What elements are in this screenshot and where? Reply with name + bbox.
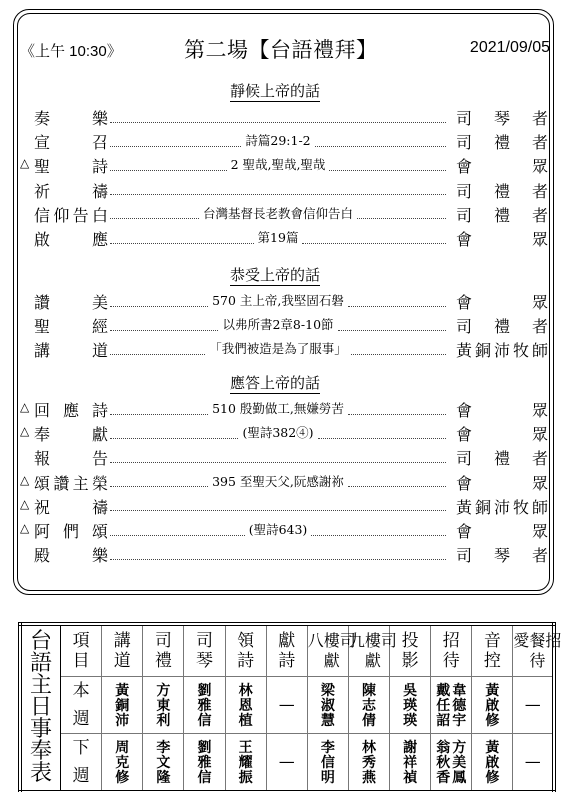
liturgy-item-label: 講道 <box>34 338 108 361</box>
roster-row-label: 下週 <box>61 734 102 792</box>
congregation-stand-icon: △ <box>20 400 29 414</box>
liturgy-item-leader: 黃銅沛牧師 <box>456 338 548 361</box>
roster-cell-name: 林恩植 <box>225 677 266 734</box>
roster-cell-name: 李文隆 <box>143 734 184 792</box>
liturgy-item: 報告司禮者 <box>20 446 548 468</box>
roster-header-label: 項目 <box>61 624 102 677</box>
roster-column-header: 愛餐招待 <box>513 624 554 677</box>
roster-cell-name: 黃啟修 <box>472 677 513 734</box>
liturgy-item-content: (聖詩643) <box>245 520 312 538</box>
liturgy-item-content: 2 聖哉,聖哉,聖哉 <box>227 155 330 173</box>
liturgy-item: 奏樂司琴者 <box>20 106 548 128</box>
liturgy-item-label: 奉獻 <box>34 422 108 445</box>
roster-cell-empty: — <box>266 734 307 792</box>
roster-cell-name: 王耀振 <box>225 734 266 792</box>
roster-row-label: 本週 <box>61 677 102 734</box>
roster-column-header: 招待 <box>431 624 472 677</box>
leader-dots: (聖詩382④) <box>110 422 446 442</box>
roster-column-header: 講道 <box>102 624 143 677</box>
leader-dots: 台灣基督長老教會信仰告白 <box>110 203 446 223</box>
roster-header-row: 台語主日事奉表項目講道司禮司琴領詩獻詩八樓司獻九樓司獻投影招待音控愛餐招待 <box>20 624 554 677</box>
roster-row: 本週黃銅沛方東利劉雅信林恩植—梁淑慧陳志倩吳瑛瑛戴任詔韋德宇黃啟修— <box>20 677 554 734</box>
section-heading-text: 靜候上帝的話 <box>230 82 320 102</box>
roster-row: 下週周克修李文隆劉雅信王耀振—李信明林秀燕謝祥禎翁秋香方美鳳黃啟修— <box>20 734 554 792</box>
liturgy-item-content: 570 主上帝,我堅固石磐 <box>208 291 348 309</box>
liturgy-item-label: 殿樂 <box>34 543 108 566</box>
congregation-stand-icon: △ <box>20 521 29 535</box>
roster-column-header: 司琴 <box>184 624 225 677</box>
roster-side-title: 台語主日事奉表 <box>20 624 61 792</box>
roster-cell-name: 李信明 <box>307 734 348 792</box>
liturgy-item-content: 「我們被造是為了服事」 <box>205 339 351 357</box>
liturgy-item: △回應詩510 殷勤做工,無嫌勞苦會眾 <box>20 398 548 420</box>
liturgy-item-content: 510 殷勤做工,無嫌勞苦 <box>208 399 348 417</box>
congregation-stand-icon: △ <box>20 424 29 438</box>
liturgy-item-label: 阿們頌 <box>34 519 108 542</box>
liturgy-item-label: 信仰告白 <box>34 203 108 226</box>
liturgy-item: 聖經以弗所書2章8-10節司禮者 <box>20 314 548 336</box>
liturgy-item-leader: 會眾 <box>456 154 548 177</box>
roster-cell-name: 翁秋香方美鳳 <box>431 734 472 792</box>
liturgy-item: 讚美570 主上帝,我堅固石磐會眾 <box>20 290 548 312</box>
liturgy-item-leader: 司禮者 <box>456 179 548 202</box>
liturgy-item-leader: 司琴者 <box>456 543 548 566</box>
leader-dots: 詩篇29:1-2 <box>110 130 446 150</box>
roster-cell-name: 謝祥禎 <box>390 734 431 792</box>
liturgy-item-content: (聖詩382④) <box>238 423 317 441</box>
liturgy-item-label: 讚美 <box>34 290 108 313</box>
liturgy-item-content: 詩篇29:1-2 <box>241 131 314 149</box>
liturgy-item: 祈禱司禮者 <box>20 179 548 201</box>
leader-dots: 「我們被造是為了服事」 <box>110 338 446 358</box>
roster-cell-name: 周克修 <box>102 734 143 792</box>
liturgy-item-label: 報告 <box>34 446 108 469</box>
roster-cell-name: 劉雅信 <box>184 734 225 792</box>
leader-dots: 395 至聖天父,阮感謝祢 <box>110 471 446 491</box>
liturgy-item: 啟應第19篇會眾 <box>20 227 548 249</box>
liturgy-item-label: 聖經 <box>34 314 108 337</box>
roster-column-header: 司禮 <box>143 624 184 677</box>
roster-column-header: 領詩 <box>225 624 266 677</box>
liturgy-item: 講道「我們被造是為了服事」黃銅沛牧師 <box>20 338 548 360</box>
roster-cell-empty: — <box>266 677 307 734</box>
liturgy-item-leader: 司禮者 <box>456 446 548 469</box>
liturgy-item-leader: 司禮者 <box>456 314 548 337</box>
roster-cell-name: 吳瑛瑛 <box>390 677 431 734</box>
liturgy-item-content: 以弗所書2章8-10節 <box>218 315 337 333</box>
leader-dots: 2 聖哉,聖哉,聖哉 <box>110 154 446 174</box>
service-time: 《上午 10:30》 <box>20 40 122 61</box>
liturgy-item-leader: 會眾 <box>456 290 548 313</box>
section-heading-text: 恭受上帝的話 <box>230 266 320 286</box>
liturgy-item-label: 宣召 <box>34 130 108 153</box>
roster-column-header: 八樓司獻 <box>307 624 348 677</box>
roster-cell-name: 黃啟修 <box>472 734 513 792</box>
liturgy-item: 信仰告白台灣基督長老教會信仰告白司禮者 <box>20 203 548 225</box>
service-title: 第二場【台語禮拜】 <box>184 34 378 64</box>
roster-cell-name: 黃銅沛 <box>102 677 143 734</box>
liturgy-item-leader: 會眾 <box>456 471 548 494</box>
congregation-stand-icon: △ <box>20 473 29 487</box>
leader-dots <box>110 106 446 126</box>
liturgy-item: △聖詩2 聖哉,聖哉,聖哉會眾 <box>20 154 548 176</box>
leader-dots <box>110 495 446 515</box>
leader-dots: 510 殷勤做工,無嫌勞苦 <box>110 398 446 418</box>
liturgy-item-label: 奏樂 <box>34 106 108 129</box>
liturgy-item-leader: 司琴者 <box>456 106 548 129</box>
service-roster-table: 台語主日事奉表項目講道司禮司琴領詩獻詩八樓司獻九樓司獻投影招待音控愛餐招待本週黃… <box>18 622 556 792</box>
section-heading: 靜候上帝的話 <box>0 80 550 101</box>
roster-cell-name: 劉雅信 <box>184 677 225 734</box>
liturgy-item-content: 395 至聖天父,阮感謝祢 <box>208 472 348 490</box>
roster-cell-name: 戴任詔韋德宇 <box>431 677 472 734</box>
liturgy-item-content: 台灣基督長老教會信仰告白 <box>199 204 357 222</box>
liturgy-item: △阿們頌(聖詩643)會眾 <box>20 519 548 541</box>
section-heading: 恭受上帝的話 <box>0 264 550 285</box>
section-heading-text: 應答上帝的話 <box>230 374 320 394</box>
liturgy-item-label: 回應詩 <box>34 398 108 421</box>
liturgy-item: △奉獻(聖詩382④)會眾 <box>20 422 548 444</box>
service-date: 2021/09/05 <box>470 39 550 57</box>
roster-column-header: 獻詩 <box>266 624 307 677</box>
leader-dots: (聖詩643) <box>110 519 446 539</box>
leader-dots: 第19篇 <box>110 227 446 247</box>
section-heading: 應答上帝的話 <box>0 372 550 393</box>
leader-dots <box>110 446 446 466</box>
liturgy-item-leader: 會眾 <box>456 422 548 445</box>
liturgy-item-label: 聖詩 <box>34 154 108 177</box>
roster-column-header: 音控 <box>472 624 513 677</box>
liturgy-item-content: 第19篇 <box>254 228 303 246</box>
liturgy-item-leader: 會眾 <box>456 227 548 250</box>
liturgy-item: 宣召詩篇29:1-2司禮者 <box>20 130 548 152</box>
liturgy-item-leader: 司禮者 <box>456 203 548 226</box>
roster-cell-name: 方東利 <box>143 677 184 734</box>
liturgy-item-label: 啟應 <box>34 227 108 250</box>
leader-dots: 570 主上帝,我堅固石磐 <box>110 290 446 310</box>
congregation-stand-icon: △ <box>20 156 29 170</box>
roster-cell-name: 陳志倩 <box>348 677 389 734</box>
roster-cell-name: 林秀燕 <box>348 734 389 792</box>
liturgy-item: 殿樂司琴者 <box>20 543 548 565</box>
roster-cell-empty: — <box>513 734 554 792</box>
liturgy-item-leader: 會眾 <box>456 519 548 542</box>
roster-cell-empty: — <box>513 677 554 734</box>
liturgy-item-label: 頌讚主榮 <box>34 471 108 494</box>
liturgy-item-label: 祝禱 <box>34 495 108 518</box>
liturgy-item-leader: 黃銅沛牧師 <box>456 495 548 518</box>
liturgy-item-label: 祈禱 <box>34 179 108 202</box>
liturgy-item: △祝禱黃銅沛牧師 <box>20 495 548 517</box>
liturgy-item-leader: 司禮者 <box>456 130 548 153</box>
leader-dots: 以弗所書2章8-10節 <box>110 314 446 334</box>
liturgy-item-leader: 會眾 <box>456 398 548 421</box>
leader-dots <box>110 543 446 563</box>
roster-column-header: 九樓司獻 <box>348 624 389 677</box>
liturgy-item: △頌讚主榮395 至聖天父,阮感謝祢會眾 <box>20 471 548 493</box>
leader-dots <box>110 179 446 199</box>
roster-cell-name: 梁淑慧 <box>307 677 348 734</box>
bulletin-header: 《上午 10:30》 第二場【台語禮拜】 2021/09/05 <box>20 34 550 62</box>
congregation-stand-icon: △ <box>20 497 29 511</box>
